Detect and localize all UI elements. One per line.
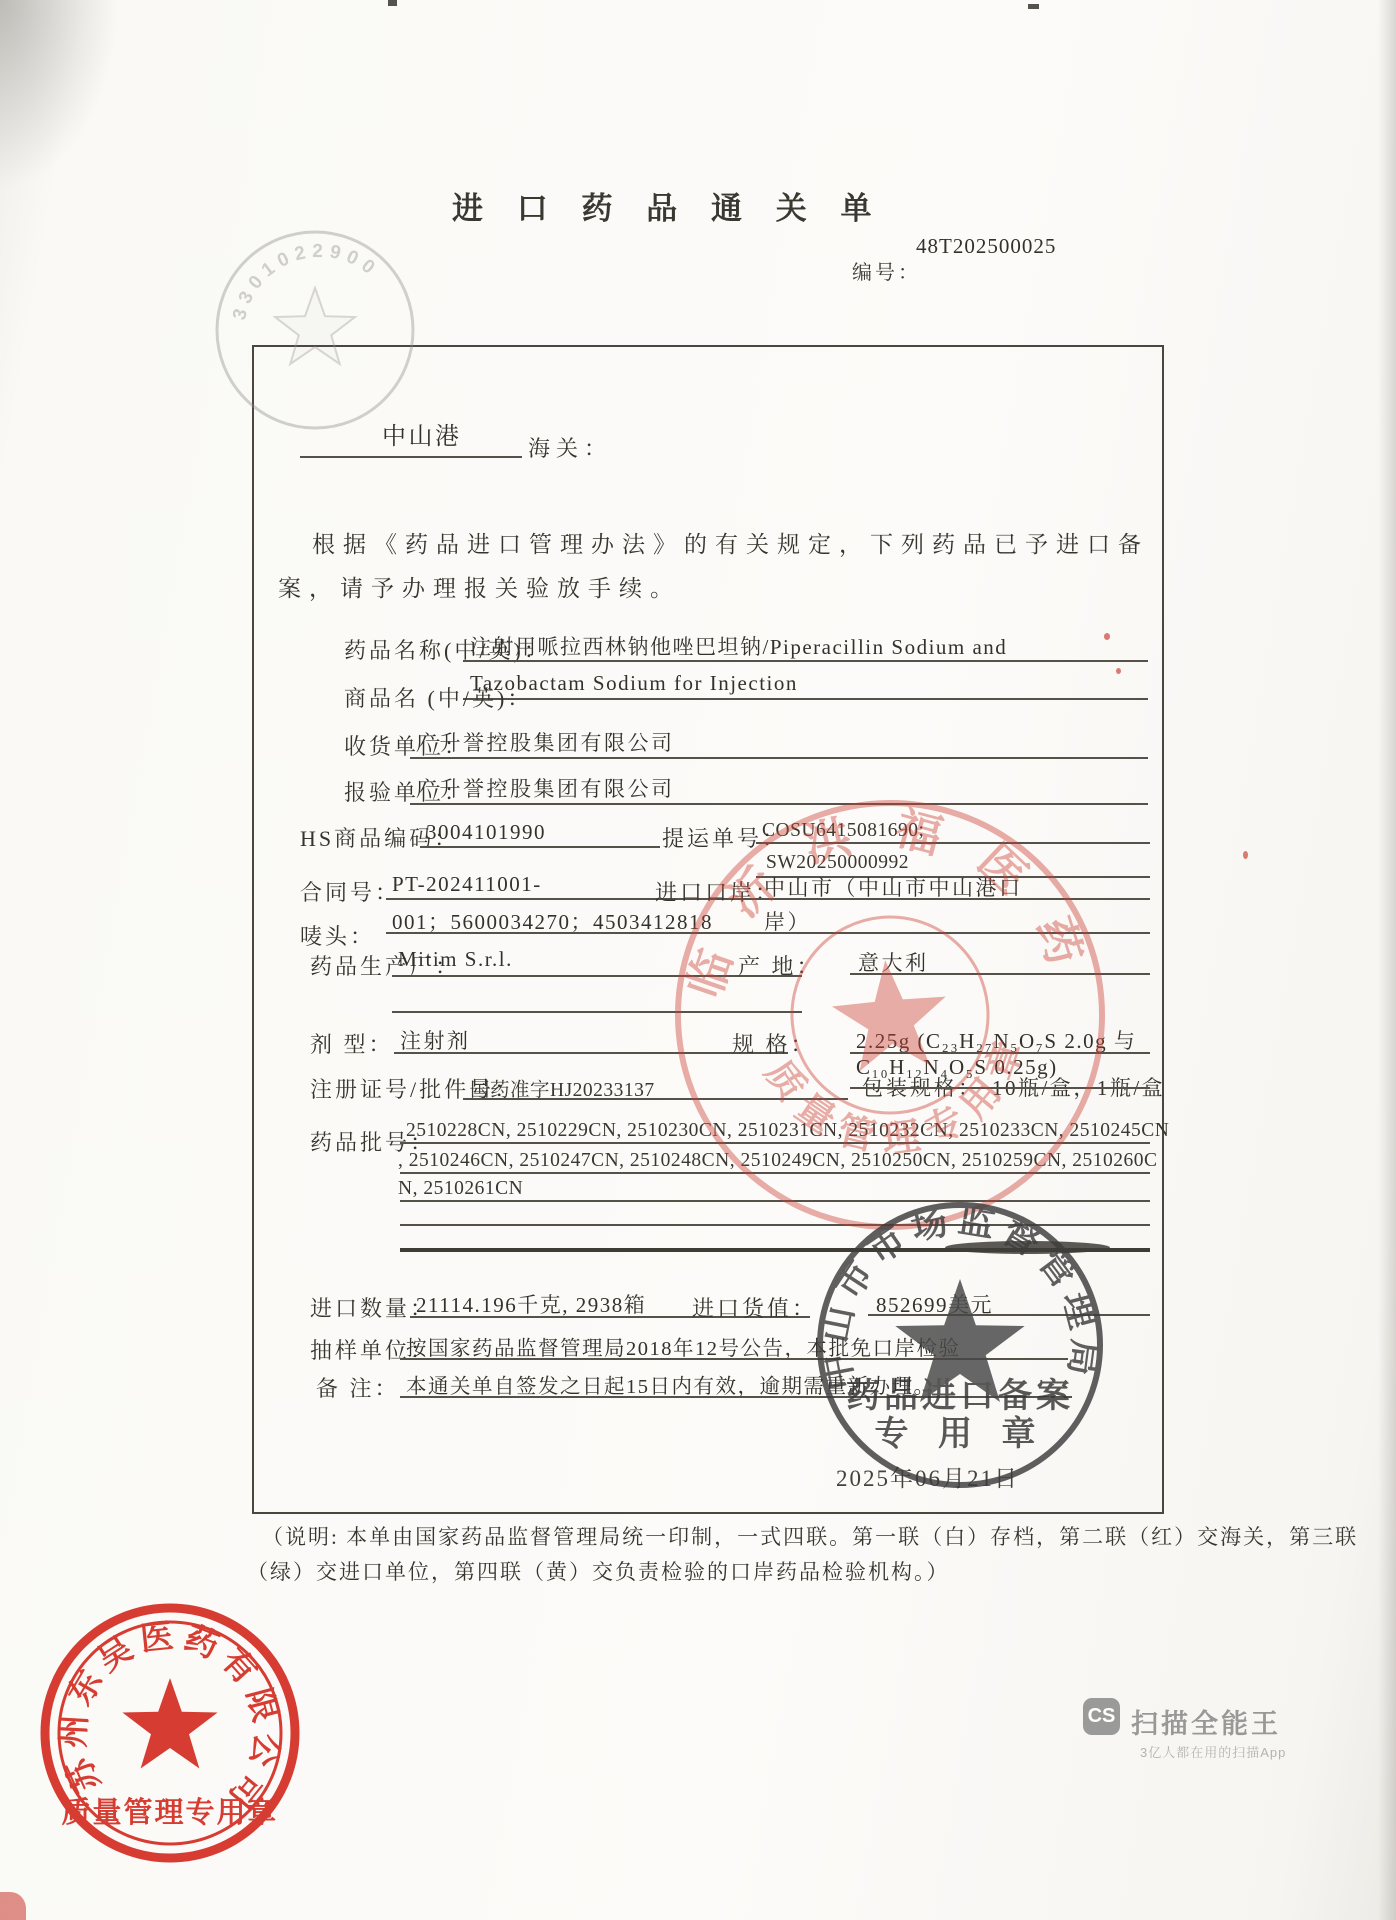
scanned-customs-clearance-form: 进 口 药 品 通 关 单 48T202500025 编号： 中山港 海关： 根…	[0, 0, 1396, 1920]
page-title: 进 口 药 品 通 关 单	[452, 183, 885, 228]
field-form-label: 剂 型：	[310, 1028, 394, 1059]
field-qty-value: 21114.196千克, 2938箱	[416, 1289, 646, 1319]
stamp-title: 质量管理专用章	[61, 1795, 278, 1829]
stamp-line-1: 药品进口备案	[846, 1377, 1074, 1415]
intro-line-1: 根据《药品进口管理办法》的有关规定，下列药品已予进口备	[312, 526, 1149, 559]
scan-speck	[388, 0, 397, 6]
field-batch-line-3: N, 2510261CN	[398, 1178, 523, 1200]
field-contract-label: 合同号：	[300, 876, 400, 907]
doc-number-label: 编号：	[852, 256, 921, 285]
customs-label: 海关：	[528, 432, 612, 463]
field-consignee-value: 广升誉控股集团有限公司	[416, 727, 675, 757]
scan-corner-smudge	[0, 0, 120, 190]
stamp-suzhou-quality: 苏州东吴医药有限公司 质量管理专用章	[35, 1598, 305, 1868]
camscanner-name: 扫描全能王	[1131, 1702, 1281, 1741]
stamp-star-icon	[275, 288, 355, 364]
field-drug-name-value: 注射用哌拉西林钠他唑巴坦钠/Piperacillin Sodium and	[470, 631, 1007, 661]
field-contract-value-1: PT-202411001-	[392, 872, 542, 897]
stamp-star-icon	[122, 1678, 217, 1769]
field-hs-value: 3004101990	[426, 820, 546, 845]
rule-line	[463, 698, 1148, 700]
red-ink-speck	[1104, 633, 1110, 640]
field-remark-label: 备 注：	[316, 1372, 400, 1403]
field-inspector-value: 广升誉控股集团有限公司	[416, 773, 675, 803]
intro-line-2: 案，请予办理报关验放手续。	[278, 570, 681, 603]
footer-note-1: （说明: 本单由国家药品监督管理局统一印制，一式四联。第一联（白）存档，第二联（…	[262, 1521, 1358, 1551]
stamp-faint-grey: 3301022900	[205, 218, 425, 438]
red-stamp-edge-fragment	[0, 1892, 26, 1920]
stamp-star-icon	[828, 955, 951, 1073]
red-ink-speck	[1243, 851, 1248, 859]
stamp-linyi-red: 临沂洪福医药 质量管理专用章	[641, 766, 1139, 1264]
rule-line	[300, 456, 522, 458]
field-form-value: 注射剂	[400, 1025, 471, 1055]
rule-line	[420, 846, 660, 848]
rule-line	[410, 757, 1148, 759]
doc-number: 48T202500025	[916, 234, 1056, 259]
camscanner-logo-icon: CS	[1083, 1698, 1120, 1735]
field-manufacturer-value: Mitim S.r.l.	[398, 947, 513, 972]
footer-note-2: （绿）交进口单位，第四联（黄）交负责检验的口岸药品检验机构。）	[247, 1556, 950, 1586]
field-trade-name-label: 商品名 (中/英)：	[344, 682, 532, 713]
field-value-label: 进口货值：	[692, 1292, 817, 1323]
red-ink-speck	[1116, 668, 1121, 674]
stamp-line-2: 专 用 章	[875, 1414, 1046, 1453]
stamp-drug-import-record: 中山市市场监督管理局 药品进口备案 专 用 章	[810, 1195, 1110, 1495]
scan-edge-shading	[1378, 0, 1396, 1920]
rule-line	[463, 660, 1148, 662]
camscanner-tagline: 3亿人都在用的扫描App	[1140, 1742, 1286, 1761]
scan-speck	[1028, 4, 1039, 9]
field-mark-label: 唛头：	[300, 920, 375, 951]
